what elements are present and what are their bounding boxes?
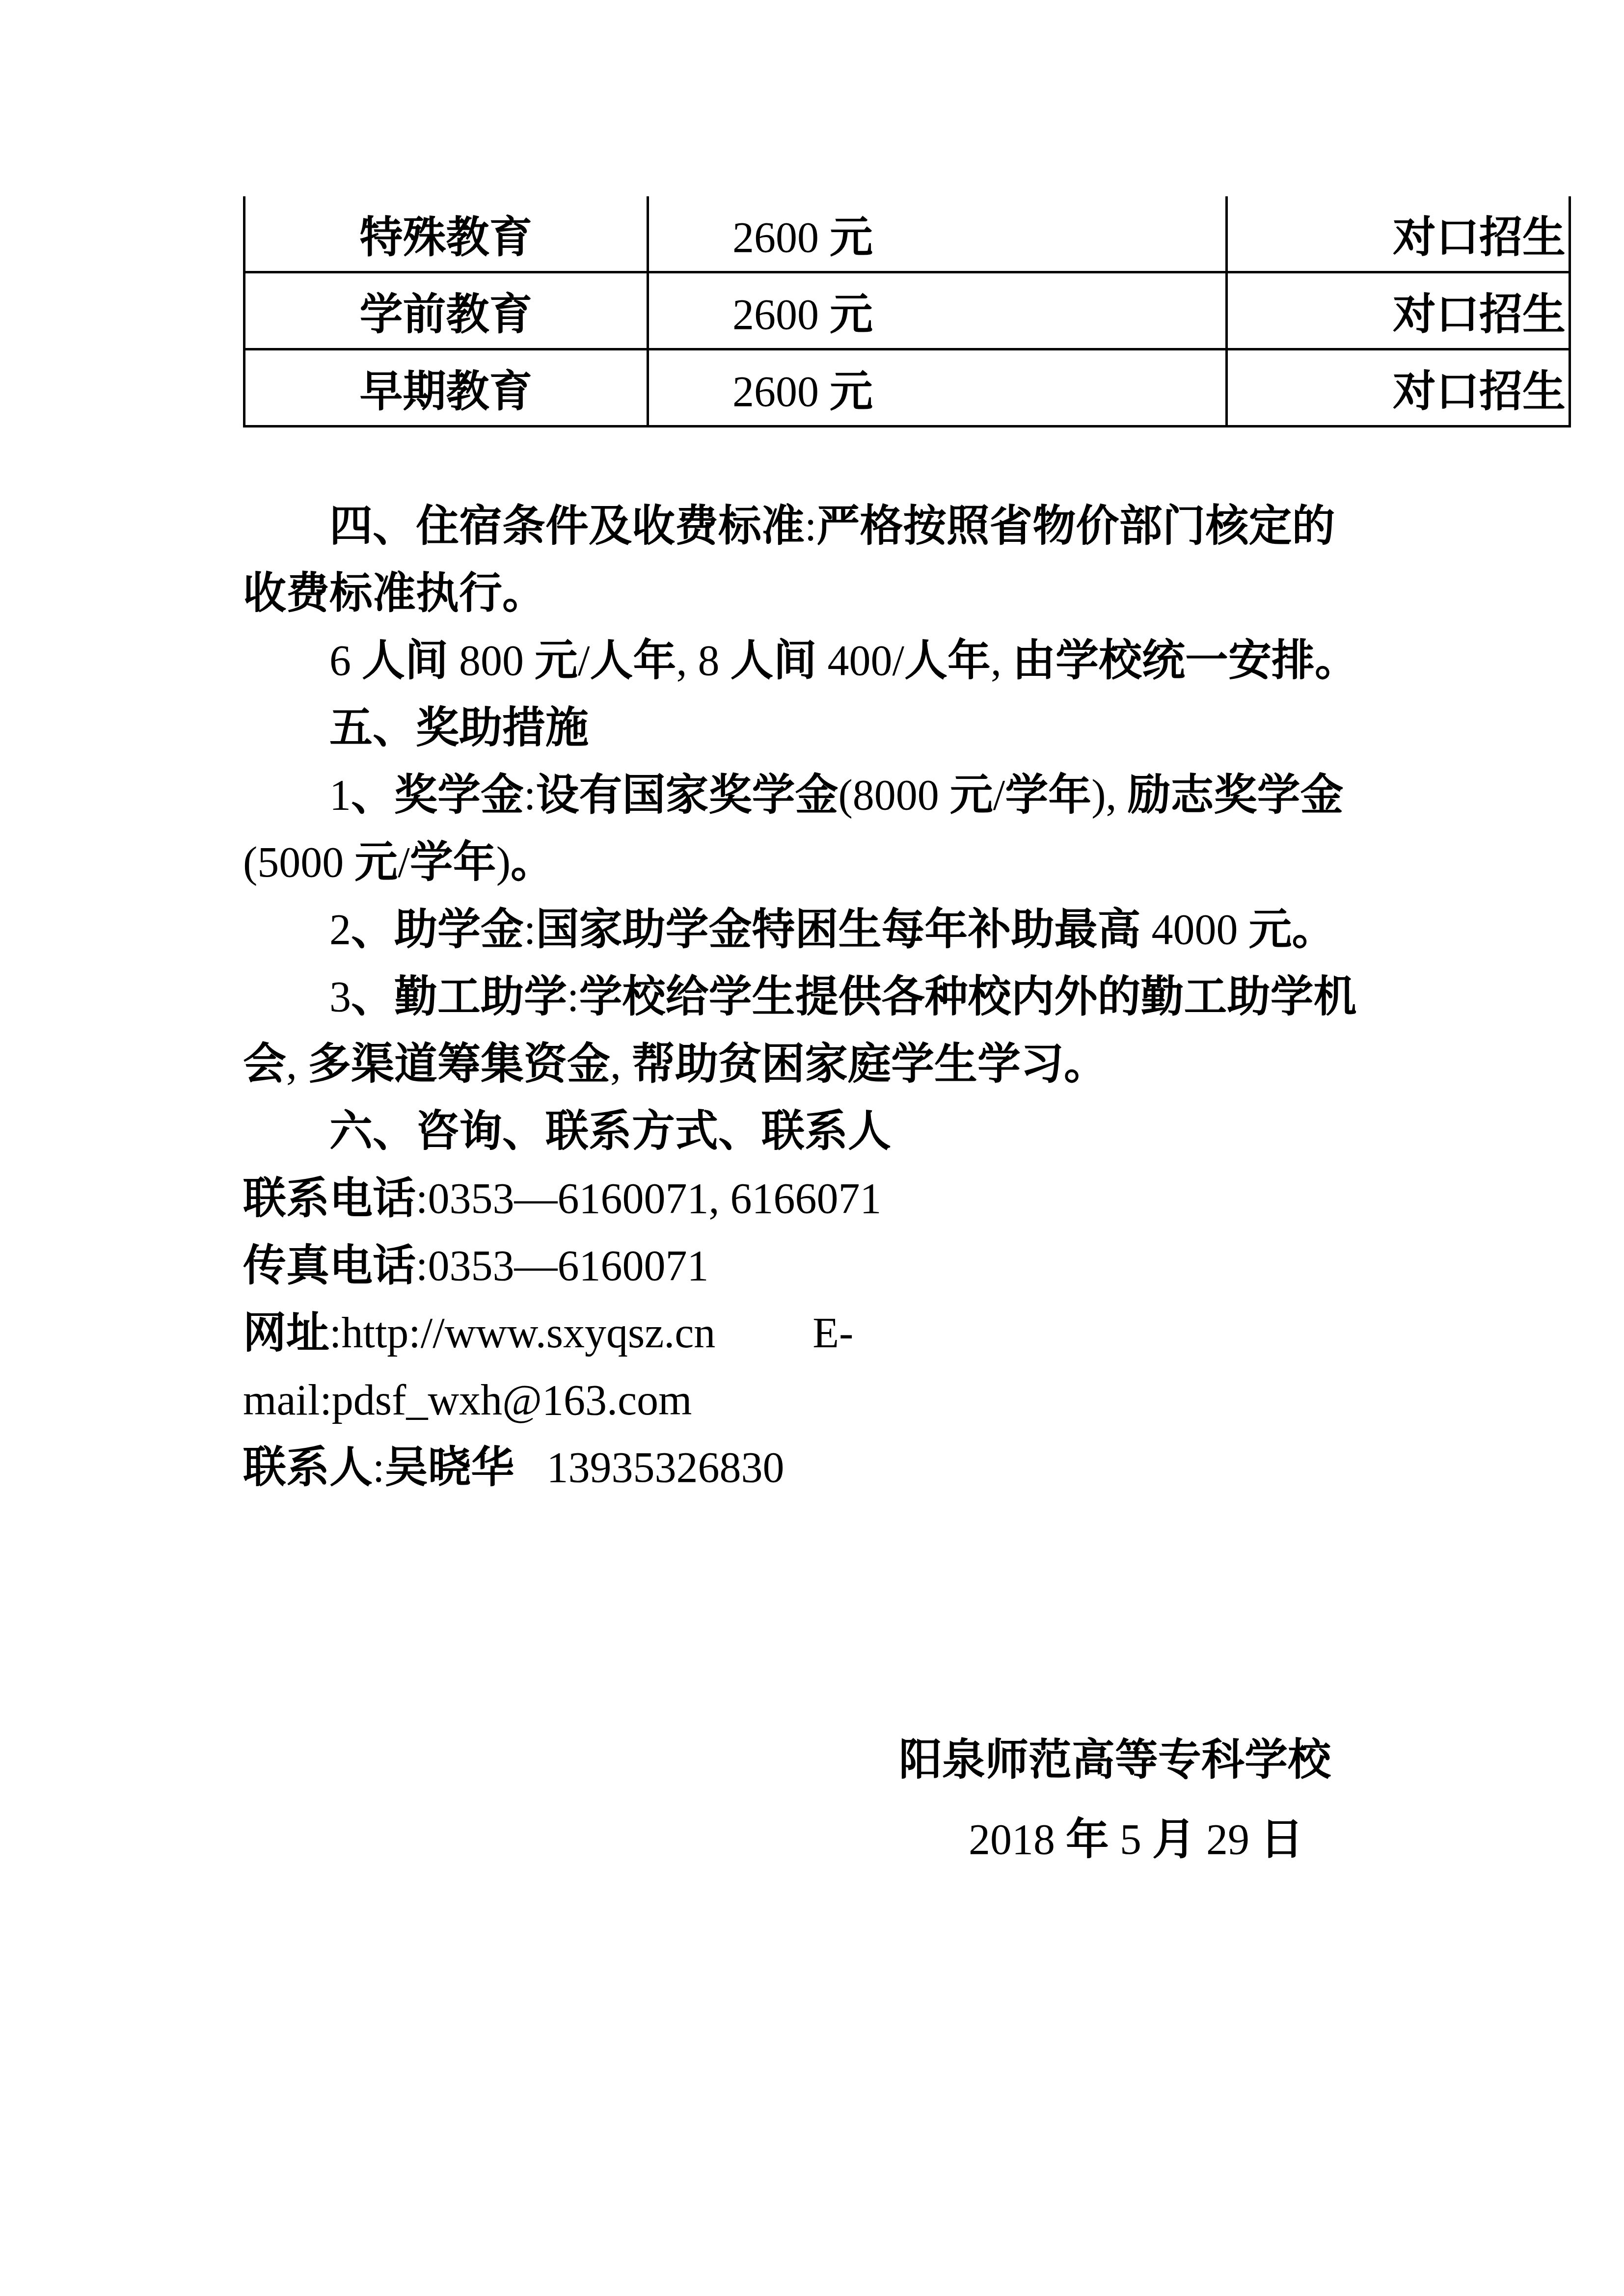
tuition-cell: 2600 元 <box>648 349 1227 427</box>
latin-text-run: / <box>398 839 409 886</box>
latin-text-run: , <box>610 1041 632 1088</box>
scholarship-line1: 1、奖学金:设有国家奖学金(8000 元/学年), 励志奖学金 <box>243 761 1569 828</box>
latin-text-run: : <box>805 503 816 550</box>
latin-text-run: 400/ <box>817 637 904 685</box>
table-row: 学前教育 2600 元 对口招生 <box>244 272 1570 349</box>
work-study-line2: 会, 多渠道筹集资金, 帮助贫困家庭学生学习。 <box>243 1030 1569 1097</box>
latin-text-run: 6 <box>329 637 362 685</box>
fax-line: 传真电话:0353—6160071 <box>243 1231 1569 1299</box>
latin-text-run: ) <box>496 839 511 886</box>
signature-date: 2018 年 5 月 29 日 <box>243 1799 1331 1879</box>
latin-text-run: mail:pdsf_wxh@163.com <box>243 1377 692 1424</box>
latin-text-run: : <box>373 1444 384 1492</box>
table-row: 特殊教育 2600 元 对口招生 <box>244 196 1570 272</box>
latin-text-run: , <box>991 637 1012 685</box>
major-cell: 早期教育 <box>244 349 648 427</box>
latin-text-run: 3 <box>329 973 351 1021</box>
school-name: 阳泉师范高等专科学校 <box>243 1720 1331 1799</box>
latin-text-run: 800 <box>448 637 535 685</box>
latin-text-run: 2 <box>329 906 351 954</box>
latin-text-run: (8000 <box>838 772 949 819</box>
tuition-table: 特殊教育 2600 元 对口招生 学前教育 2600 元 对口招生 早期教育 2… <box>243 196 1571 427</box>
latin-text-run: 2600 <box>732 214 830 262</box>
latin-text-run: :0353—6160071 <box>416 1242 708 1290</box>
section4-heading-line2: 收费标准执行。 <box>243 559 1569 626</box>
latin-text-run: , <box>286 1041 308 1088</box>
latin-text-run: :http://www.sxyqsz.cn E- <box>329 1309 853 1357</box>
latin-text-run: , 8 <box>677 637 731 685</box>
section6-heading: 六、咨询、联系方式、联系人 <box>243 1097 1569 1164</box>
admission-cell: 对口招生 <box>1227 272 1570 349</box>
latin-text-run: 5 <box>1109 1816 1152 1864</box>
table-row: 早期教育 2600 元 对口招生 <box>244 349 1570 427</box>
latin-text-run: / <box>578 637 590 685</box>
dorm-fee-line: 6 人间 800 元/人年, 8 人间 400/人年, 由学校统一安排。 <box>243 626 1569 694</box>
email-line: mail:pdsf_wxh@163.com <box>243 1366 1569 1433</box>
latin-text-run: 29 <box>1195 1816 1260 1864</box>
admission-cell: 对口招生 <box>1227 196 1570 272</box>
tuition-cell: 2600 元 <box>648 196 1227 272</box>
latin-text-run: (5000 <box>243 839 354 886</box>
latin-text-run: : <box>567 973 579 1021</box>
latin-text-run: 2600 <box>732 291 830 339</box>
latin-text-run: 2600 <box>732 368 830 416</box>
contact-person-line: 联系人:吴晓华 13935326830 <box>243 1433 1569 1500</box>
section4-heading-line1: 四、住宿条件及收费标准:严格按照省物价部门核定的 <box>243 492 1569 559</box>
latin-text-run: :0353—6160071, 6166071 <box>416 1175 881 1223</box>
latin-text-run: 2018 <box>969 1816 1066 1864</box>
signature-block: 阳泉师范高等专科学校 2018 年 5 月 29 日 <box>243 1720 1331 1879</box>
scholarship-line2: (5000 元/学年)。 <box>243 828 1569 895</box>
work-study-line1: 3、勤工助学:学校给学生提供各种校内外的勤工助学机 <box>243 962 1569 1030</box>
tuition-cell: 2600 元 <box>648 272 1227 349</box>
document-page: 特殊教育 2600 元 对口招生 学前教育 2600 元 对口招生 早期教育 2… <box>0 0 1624 2296</box>
body-text: 四、住宿条件及收费标准:严格按照省物价部门核定的 收费标准执行。 6 人间 80… <box>243 492 1569 1500</box>
phone-line: 联系电话:0353—6160071, 6166071 <box>243 1164 1569 1231</box>
admission-cell: 对口招生 <box>1227 349 1570 427</box>
section5-heading: 五、奖助措施 <box>243 694 1569 761</box>
major-cell: 特殊教育 <box>244 196 648 272</box>
latin-text-run: 1 <box>329 772 351 819</box>
latin-text-run: : <box>524 906 536 954</box>
grant-line: 2、助学金:国家助学金特困生每年补助最高 4000 元。 <box>243 895 1569 962</box>
website-line: 网址:http://www.sxyqsz.cn E- <box>243 1299 1569 1366</box>
latin-text-run: 4000 <box>1140 906 1248 954</box>
latin-text-run: ), <box>1091 772 1127 819</box>
latin-text-run: 13935326830 <box>514 1444 784 1492</box>
latin-text-run: : <box>524 772 536 819</box>
latin-text-run: / <box>993 772 1005 819</box>
major-cell: 学前教育 <box>244 272 648 349</box>
